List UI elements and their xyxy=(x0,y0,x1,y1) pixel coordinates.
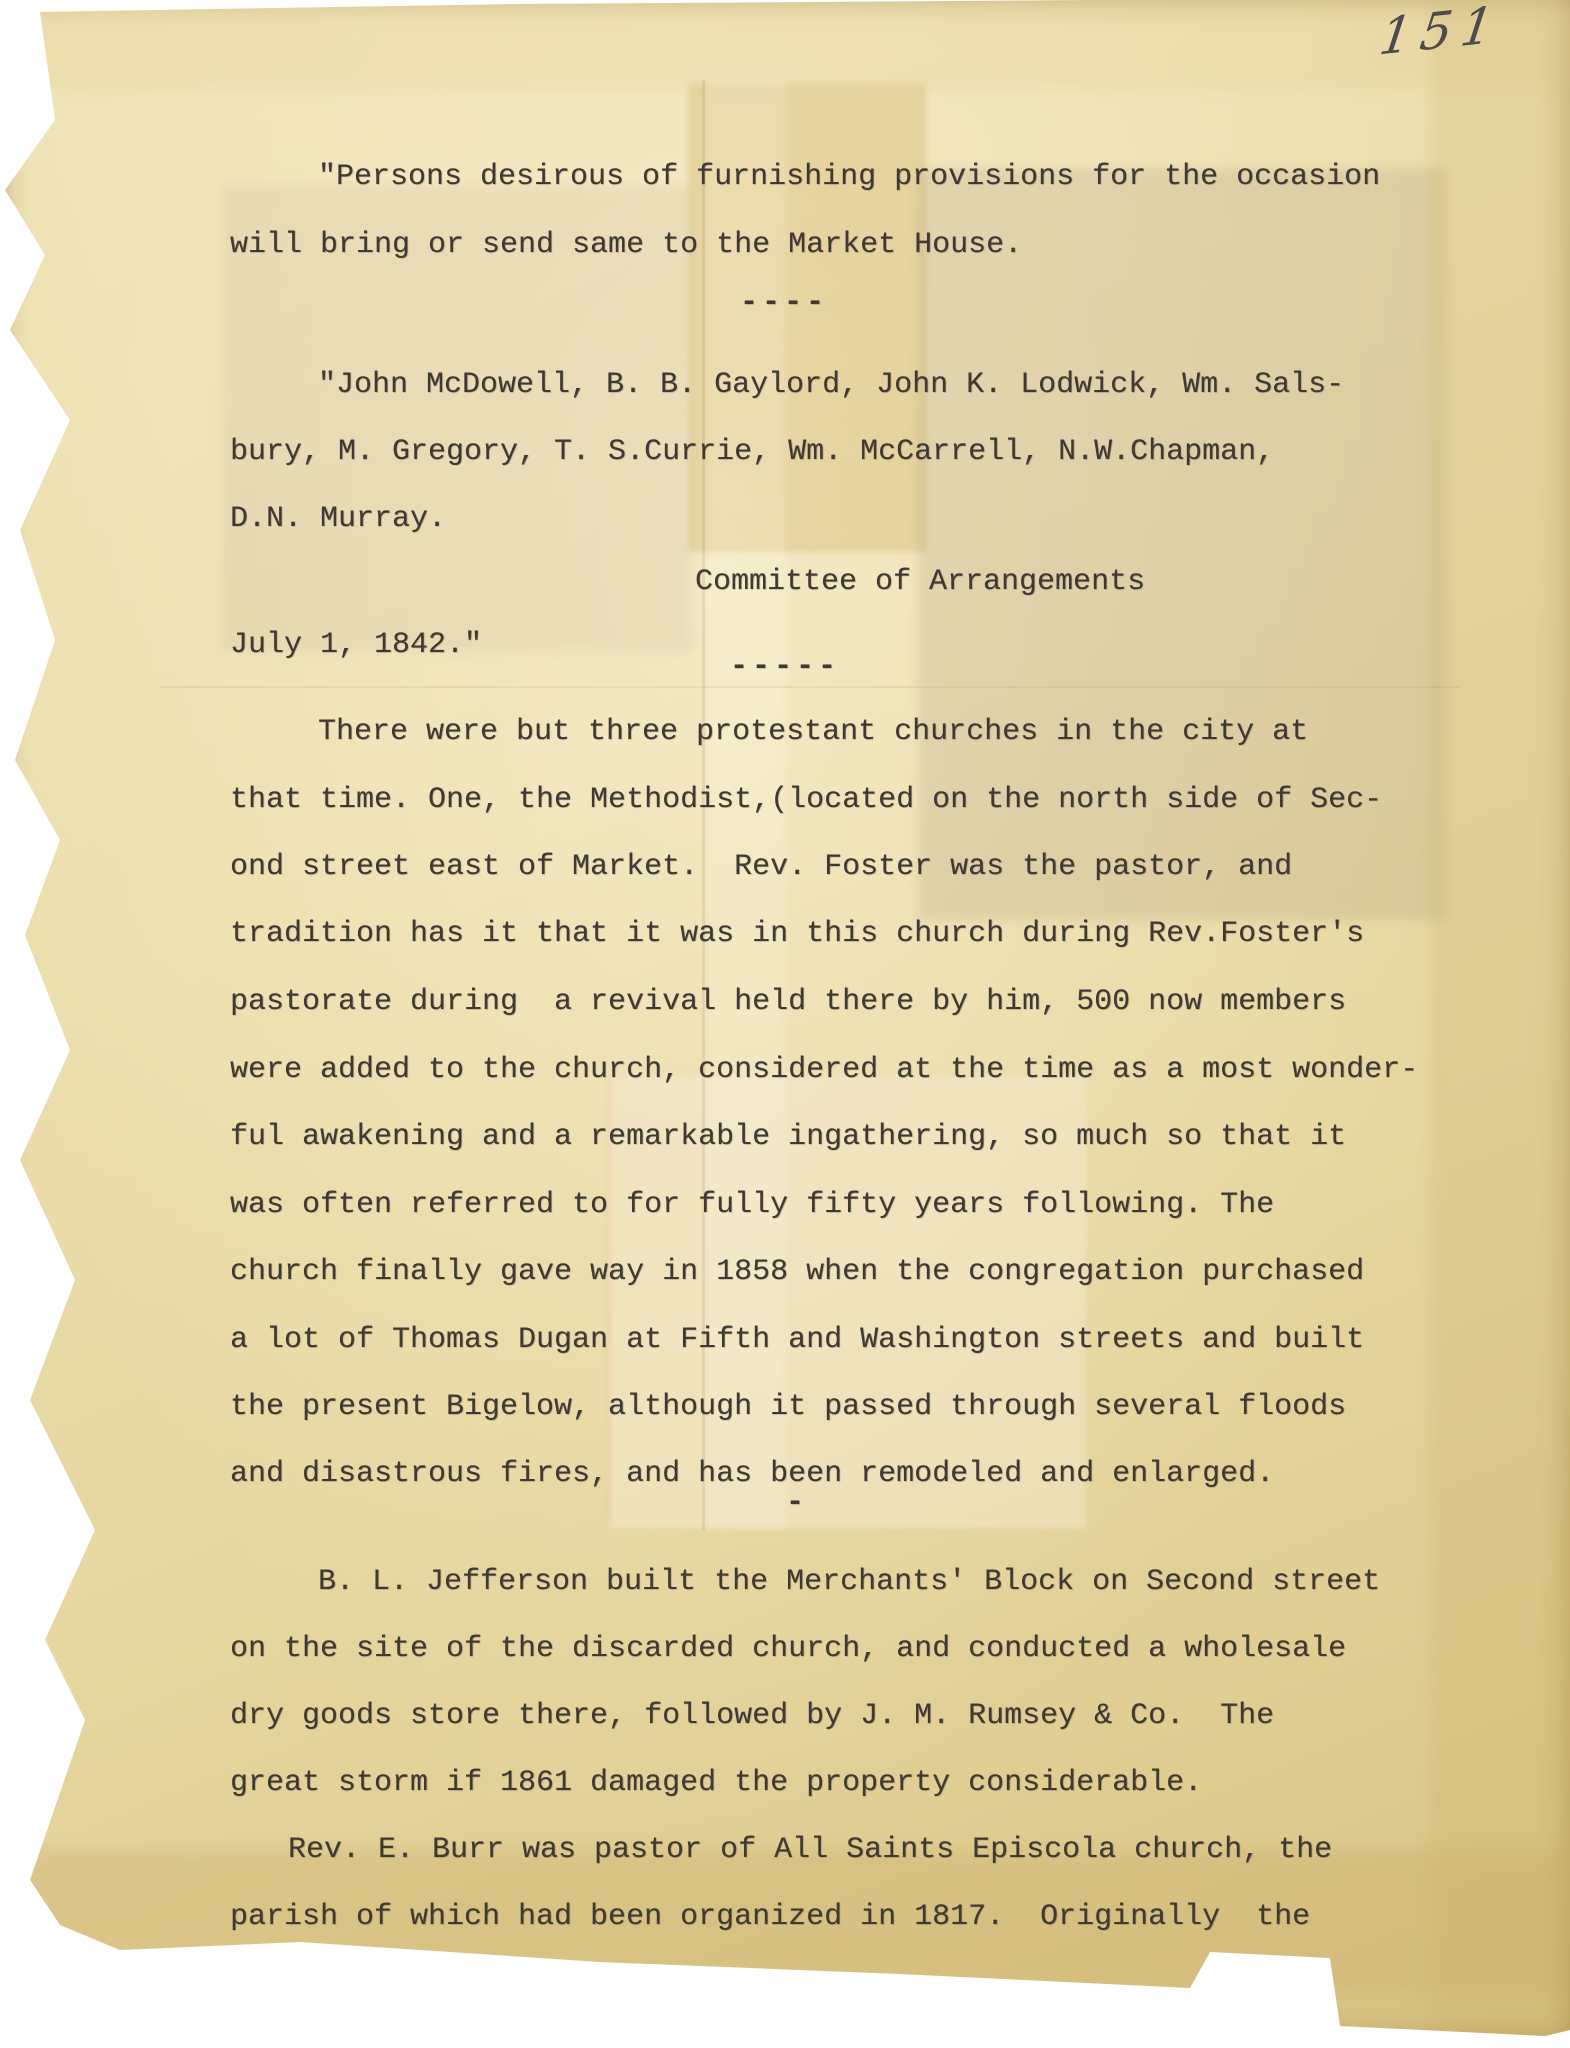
typed-line: Rev. E. Burr was pastor of All Saints Ep… xyxy=(230,1828,1538,1873)
typed-text-block: "Persons desirous of furnishing provisio… xyxy=(0,0,1570,2048)
typed-line: B. L. Jefferson built the Merchants' Blo… xyxy=(230,1560,1568,1605)
typed-line: dry goods store there, followed by J. M.… xyxy=(230,1694,1480,1739)
scanned-document-page: 151 "Persons desirous of furnishing prov… xyxy=(0,0,1570,2048)
typed-line: ond street east of Market. Rev. Foster w… xyxy=(230,845,1480,890)
typed-line: parish of which had been organized in 18… xyxy=(230,1895,1480,1940)
typed-line: "John McDowell, B. B. Gaylord, John K. L… xyxy=(230,363,1568,408)
typed-line: will bring or send same to the Market Ho… xyxy=(230,223,1480,268)
typed-line: the present Bigelow, although it passed … xyxy=(230,1385,1480,1430)
typed-line: D.N. Murray. xyxy=(230,497,1480,542)
typed-line: that time. One, the Methodist,(located o… xyxy=(230,778,1480,823)
typed-line-committee: Committee of Arrangements xyxy=(230,560,1570,605)
separator-dash: - xyxy=(230,1481,1570,1526)
typed-line: great storm if 1861 damaged the property… xyxy=(230,1761,1480,1806)
typed-line: ful awakening and a remarkable ingatheri… xyxy=(230,1115,1480,1160)
typed-line: bury, M. Gregory, T. S.Currie, Wm. McCar… xyxy=(230,430,1480,475)
typed-line: tradition has it that it was in this chu… xyxy=(230,912,1480,957)
typed-line: pastorate during a revival held there by… xyxy=(230,980,1480,1025)
typed-line: were added to the church, considered at … xyxy=(230,1048,1480,1093)
separator-dashes: ---- xyxy=(230,281,1570,326)
paper-sheet: 151 "Persons desirous of furnishing prov… xyxy=(0,0,1570,2048)
typed-line: church finally gave way in 1858 when the… xyxy=(230,1250,1480,1295)
typed-line: on the site of the discarded church, and… xyxy=(230,1627,1480,1672)
typed-line: was often referred to for fully fifty ye… xyxy=(230,1183,1480,1228)
typed-line: "Persons desirous of furnishing provisio… xyxy=(230,155,1568,200)
separator-dashes: ----- xyxy=(230,645,1570,690)
typed-line: a lot of Thomas Dugan at Fifth and Washi… xyxy=(230,1318,1480,1363)
typed-line: There were but three protestant churches… xyxy=(230,710,1568,755)
